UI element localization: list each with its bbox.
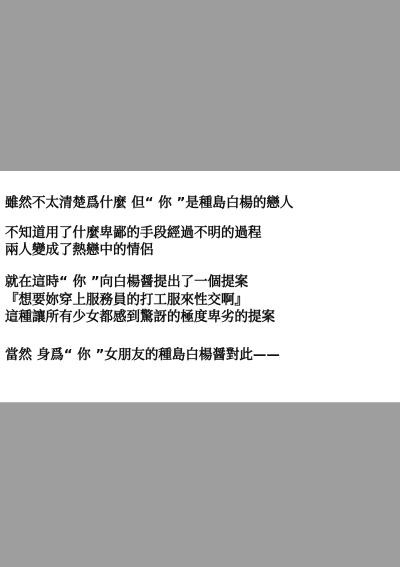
narration-line-2: 不知道用了什麼卑鄙的手段經過不明的過程 — [5, 225, 262, 241]
narration-line-3: 兩人變成了熱戀中的情侶 — [5, 242, 154, 258]
narration-line-7: 當然 身爲“ 你 ”女朋友的種島白楊醤對此—— — [5, 347, 280, 363]
narration-line-4: 就在這時“ 你 ”向白楊醤提出了一個提案 — [5, 274, 248, 290]
narration-line-6: 這種讓所有少女都感到驚訝的極度卑劣的提案 — [5, 309, 275, 325]
narration-line-1: 雖然不太清楚爲什麼 但“ 你 ”是種島白楊的戀人 — [5, 195, 293, 211]
top-gray-band — [0, 0, 400, 171]
bottom-gray-band — [0, 402, 400, 567]
narration-line-5: 『想要妳穿上服務員的打工服來性交啊』 — [5, 292, 248, 308]
